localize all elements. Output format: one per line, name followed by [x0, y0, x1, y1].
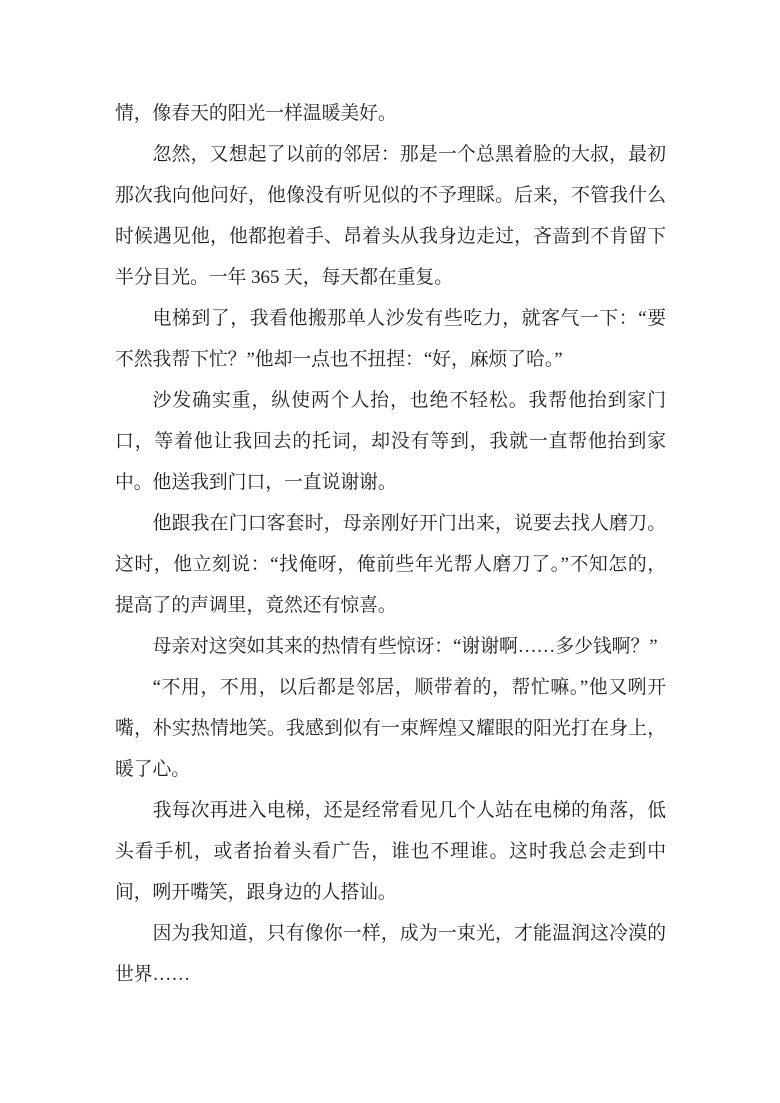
essay-paragraph-continuation: 情，像春天的阳光一样温暖美好。	[115, 93, 666, 134]
essay-paragraph: 他跟我在门口客套时，母亲刚好开门出来，说要去找人磨刀。这时，他立刻说：“找俺呀，…	[115, 503, 666, 626]
essay-paragraph: 电梯到了，我看他搬那单人沙发有些吃力，就客气一下：“要不然我帮下忙？”他却一点也…	[115, 298, 666, 380]
essay-paragraph: 我每次再进入电梯，还是经常看见几个人站在电梯的角落，低头看手机，或者抬着头看广告…	[115, 790, 666, 913]
essay-paragraph: 忽然，又想起了以前的邻居：那是一个总黑着脸的大叔，最初那次我向他问好，他像没有听…	[115, 134, 666, 298]
essay-paragraph: 母亲对这突如其来的热情有些惊讶：“谢谢啊……多少钱啊？”	[115, 626, 666, 667]
essay-paragraph: “不用，不用，以后都是邻居，顺带着的，帮忙嘛。”他又咧开嘴，朴实热情地笑。我感到…	[115, 667, 666, 790]
document-page: 情，像春天的阳光一样温暖美好。 忽然，又想起了以前的邻居：那是一个总黑着脸的大叔…	[0, 0, 780, 1103]
essay-paragraph: 因为我知道，只有像你一样，成为一束光，才能温润这冷漠的世界……	[115, 913, 666, 995]
essay-paragraph: 沙发确实重，纵使两个人抬，也绝不轻松。我帮他抬到家门口，等着他让我回去的托词，却…	[115, 380, 666, 503]
